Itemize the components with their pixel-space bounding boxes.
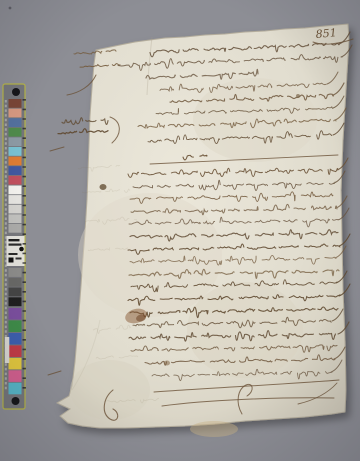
photo-canvas: 851 <box>0 0 360 461</box>
archive-photo: 851 <box>0 0 360 461</box>
vignette-overlay <box>0 0 360 461</box>
